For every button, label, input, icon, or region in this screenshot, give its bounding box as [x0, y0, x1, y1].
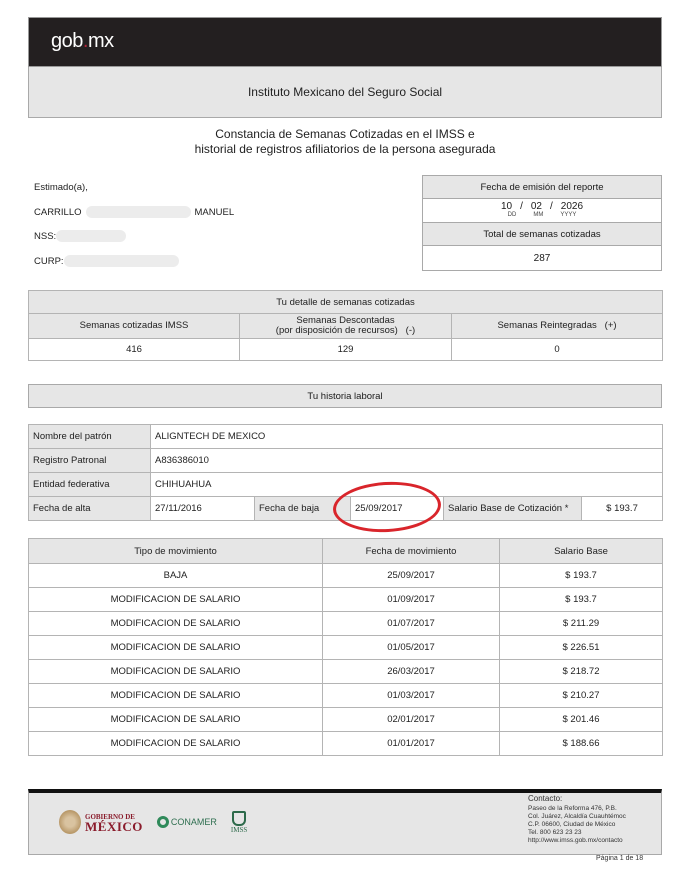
movement-date: 26/03/2017: [323, 660, 500, 684]
curp-row: CURP:: [34, 256, 234, 281]
emission-date: 10 / 02 / 2026 DD MM YYYY: [423, 199, 661, 223]
movement-salary: $ 193.7: [500, 564, 663, 588]
base-salary-label: Salario Base de Cotización *: [444, 497, 582, 521]
table-row: MODIFICACION DE SALARIO01/05/2017$ 226.5…: [29, 636, 663, 660]
surname: CARRILLO: [34, 207, 82, 218]
movement-date: 01/07/2017: [323, 612, 500, 636]
logo-text: gob: [51, 30, 83, 52]
month-format-label: MM: [533, 212, 543, 218]
movement-type: MODIFICACION DE SALARIO: [29, 684, 323, 708]
movement-type-header: Tipo de movimiento: [29, 539, 323, 564]
movement-type: MODIFICACION DE SALARIO: [29, 732, 323, 756]
movement-salary: $ 210.27: [500, 684, 663, 708]
date-separator: /: [520, 201, 523, 212]
curp-label: CURP:: [34, 256, 64, 267]
weeks-discounted-header: Semanas Descontadas(por disposición de r…: [240, 314, 452, 339]
redacted-surname: [86, 206, 191, 218]
movement-date: 01/01/2017: [323, 732, 500, 756]
contact-postal-code: C.P. 06600, Ciudad de México: [528, 821, 626, 829]
movement-date: 25/09/2017: [323, 564, 500, 588]
footer: GOBIERNO DE MÉXICO CONAMER IMSS Contacto…: [28, 789, 662, 855]
base-salary-value: $ 193.7: [582, 497, 663, 521]
given-name: MANUEL: [195, 207, 235, 218]
state-label: Entidad federativa: [29, 473, 151, 497]
footer-logos: GOBIERNO DE MÉXICO CONAMER IMSS: [59, 810, 247, 834]
emission-day: 10: [501, 201, 512, 212]
gobmx-logo[interactable]: gob.mx: [51, 30, 114, 53]
imss-shield-icon: [232, 811, 246, 826]
year-format-label: YYYY: [560, 212, 576, 218]
date-separator: /: [550, 201, 553, 212]
movement-salary: $ 188.66: [500, 732, 663, 756]
conamer-text: CONAMER: [171, 817, 217, 827]
weeks-detail-title: Tu detalle de semanas cotizadas: [29, 291, 663, 314]
emission-month: 02: [531, 201, 542, 212]
termination-date-value: 25/09/2017: [351, 497, 444, 521]
redacted-curp: [64, 255, 179, 267]
employer-registry-value: A836386010: [151, 449, 663, 473]
movement-type: MODIFICACION DE SALARIO: [29, 708, 323, 732]
weeks-reinstated-header: Semanas Reintegradas (+): [452, 314, 663, 339]
movement-salary: $ 226.51: [500, 636, 663, 660]
table-row: MODIFICACION DE SALARIO01/07/2017$ 211.2…: [29, 612, 663, 636]
discounted-header-line2: (por disposición de recursos) (-): [240, 326, 451, 336]
emission-date-label: Fecha de emisión del reporte: [423, 176, 661, 199]
movement-type: MODIFICACION DE SALARIO: [29, 636, 323, 660]
conamer-ring-icon: [157, 816, 169, 828]
redacted-nss: [56, 230, 126, 242]
person-name: CARRILLO MANUEL: [34, 207, 234, 232]
movement-date-header: Fecha de movimiento: [323, 539, 500, 564]
report-summary-box: Fecha de emisión del reporte 10 / 02 / 2…: [422, 175, 662, 271]
logo-suffix: mx: [88, 30, 114, 52]
contact-phone: Tel. 800 623 23 23: [528, 829, 626, 837]
weeks-imss-header: Semanas cotizadas IMSS: [29, 314, 240, 339]
work-history-title: Tu historia laboral: [28, 384, 662, 408]
weeks-imss-value: 416: [29, 339, 240, 361]
gobmx-header: gob.mx: [28, 17, 662, 67]
movement-date: 01/09/2017: [323, 588, 500, 612]
gobierno-de-mexico-logo: GOBIERNO DE MÉXICO: [59, 810, 143, 834]
employer-name-label: Nombre del patrón: [29, 425, 151, 449]
greeting: Estimado(a),: [34, 182, 234, 207]
hire-date-label: Fecha de alta: [29, 497, 151, 521]
movement-salary: $ 211.29: [500, 612, 663, 636]
imss-text: IMSS: [231, 826, 247, 834]
movement-salary: $ 193.7: [500, 588, 663, 612]
movement-type: MODIFICACION DE SALARIO: [29, 612, 323, 636]
state-value: CHIHUAHUA: [151, 473, 663, 497]
insured-person-info: Estimado(a), CARRILLO MANUEL NSS: CURP:: [34, 182, 234, 280]
contact-info: Contacto: Paseo de la Reforma 476, P.B. …: [528, 795, 626, 845]
termination-date-label: Fecha de baja: [255, 497, 351, 521]
movement-type: MODIFICACION DE SALARIO: [29, 660, 323, 684]
national-seal-icon: [59, 810, 81, 834]
day-format-label: DD: [508, 212, 517, 218]
total-weeks-value: 287: [423, 246, 661, 270]
nss-label: NSS:: [34, 231, 56, 242]
table-row: MODIFICACION DE SALARIO01/09/2017$ 193.7: [29, 588, 663, 612]
hire-date-value: 27/11/2016: [151, 497, 255, 521]
emission-year: 2026: [561, 201, 583, 212]
employer-table: Nombre del patrón ALIGNTECH DE MEXICO Re…: [28, 424, 663, 521]
contact-url[interactable]: http://www.imss.gob.mx/contacto: [528, 837, 626, 845]
movements-table: Tipo de movimiento Fecha de movimiento S…: [28, 538, 663, 756]
table-row: MODIFICACION DE SALARIO01/03/2017$ 210.2…: [29, 684, 663, 708]
employer-registry-label: Registro Patronal: [29, 449, 151, 473]
movement-date: 01/03/2017: [323, 684, 500, 708]
page-number: Página 1 de 18: [596, 855, 643, 862]
gob-logo-line2: MÉXICO: [85, 822, 143, 831]
contact-title: Contacto:: [528, 795, 626, 803]
weeks-detail-table: Tu detalle de semanas cotizadas Semanas …: [28, 290, 663, 361]
contact-address: Paseo de la Reforma 476, P.B.: [528, 805, 626, 813]
table-row: MODIFICACION DE SALARIO26/03/2017$ 218.7…: [29, 660, 663, 684]
movement-salary-header: Salario Base: [500, 539, 663, 564]
total-weeks-label: Total de semanas cotizadas: [423, 223, 661, 246]
table-row: BAJA25/09/2017$ 193.7: [29, 564, 663, 588]
title-line-2: historial de registros afiliatorios de l…: [28, 142, 662, 157]
movement-type: BAJA: [29, 564, 323, 588]
table-row: MODIFICACION DE SALARIO01/01/2017$ 188.6…: [29, 732, 663, 756]
institution-banner: Instituto Mexicano del Seguro Social: [28, 67, 662, 118]
movement-date: 02/01/2017: [323, 708, 500, 732]
movement-type: MODIFICACION DE SALARIO: [29, 588, 323, 612]
movement-salary: $ 218.72: [500, 660, 663, 684]
contact-colonia: Col. Juárez, Alcaldía Cuauhtémoc: [528, 813, 626, 821]
movement-date: 01/05/2017: [323, 636, 500, 660]
title-line-1: Constancia de Semanas Cotizadas en el IM…: [28, 127, 662, 142]
table-row: MODIFICACION DE SALARIO02/01/2017$ 201.4…: [29, 708, 663, 732]
employer-name-value: ALIGNTECH DE MEXICO: [151, 425, 663, 449]
imss-logo: IMSS: [231, 811, 247, 834]
nss-row: NSS:: [34, 231, 234, 256]
weeks-discounted-value: 129: [240, 339, 452, 361]
conamer-logo: CONAMER: [157, 816, 217, 828]
weeks-reinstated-value: 0: [452, 339, 663, 361]
movement-salary: $ 201.46: [500, 708, 663, 732]
document-title: Constancia de Semanas Cotizadas en el IM…: [28, 127, 662, 157]
